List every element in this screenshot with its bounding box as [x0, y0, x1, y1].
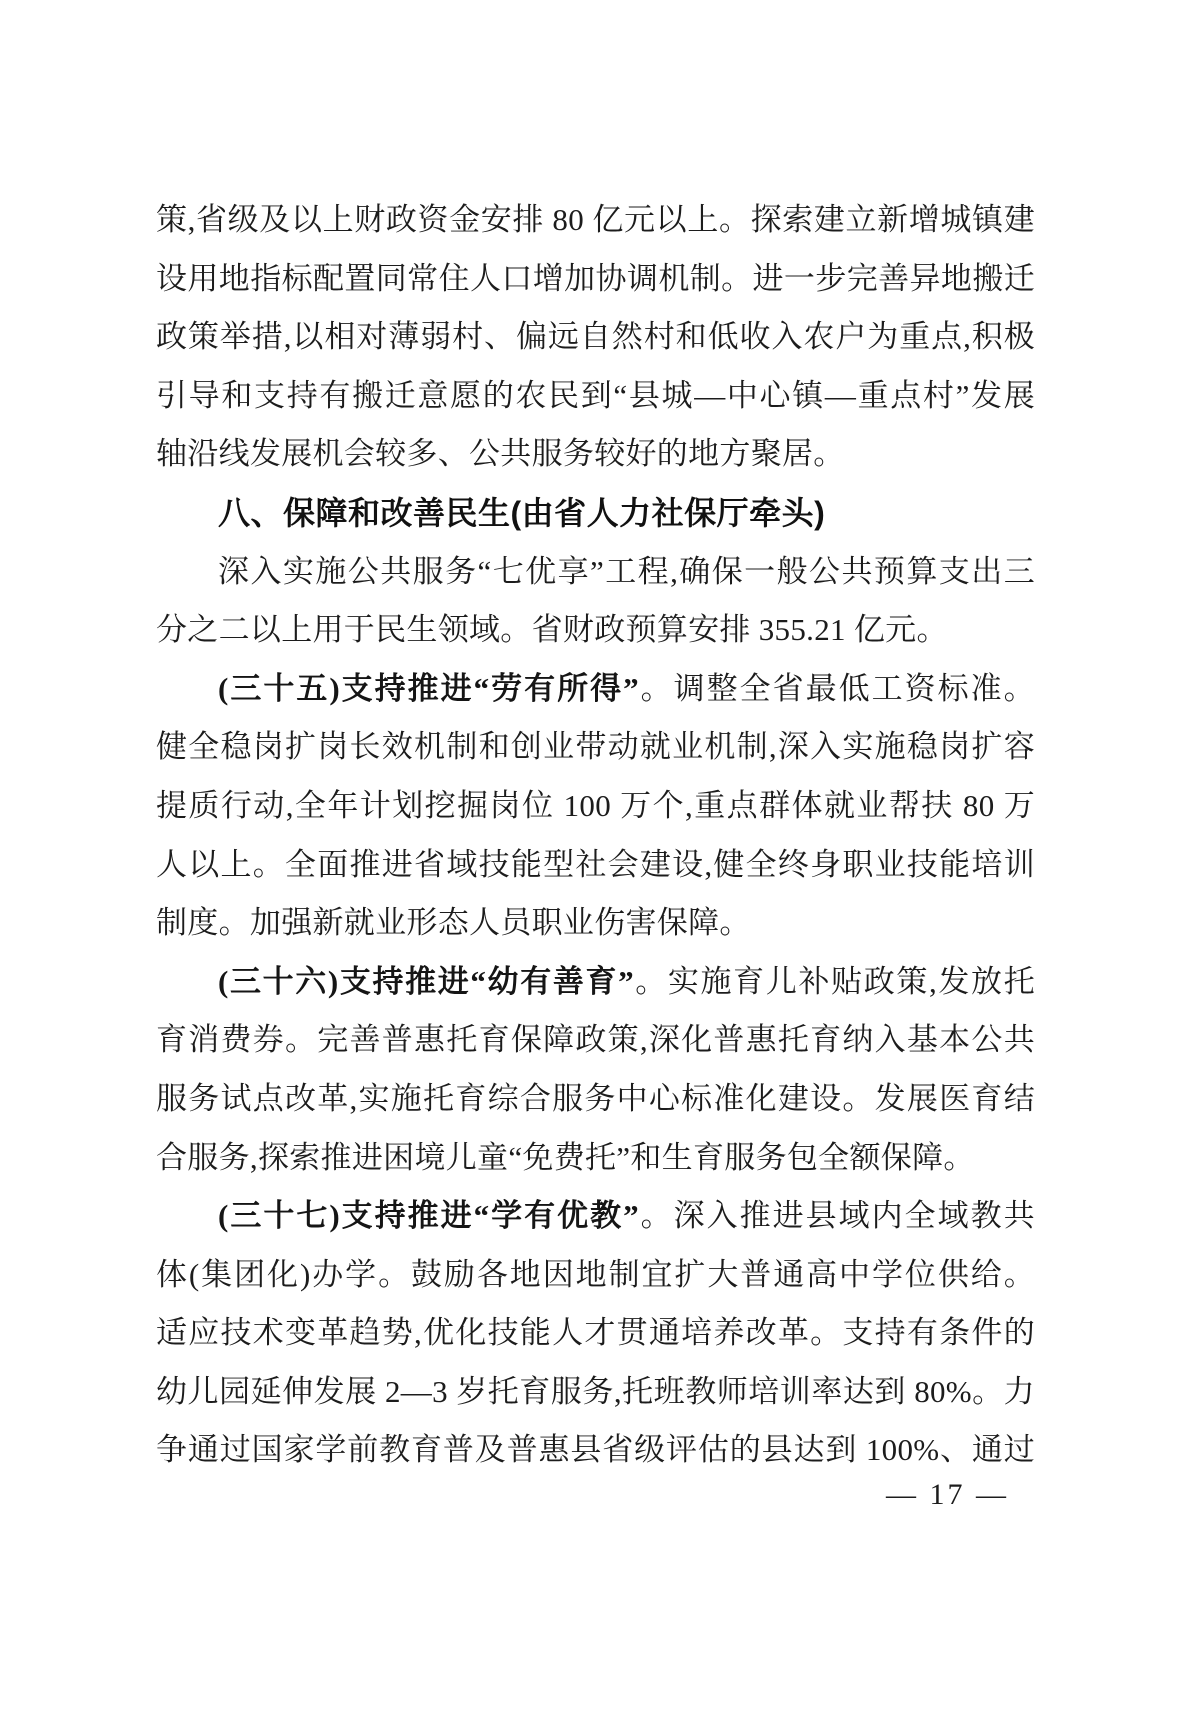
- text-segment: 适应技术变革趋势,优化技能人才贯通培养改革。支持有条件的: [156, 1315, 1035, 1350]
- text-line: (三十七)支持推进“学有优教”。深入推进县域内全域教共: [156, 1187, 1035, 1246]
- text-segment: 合服务,探索推进困境儿童“免费托”和生育服务包全额保障。: [156, 1140, 975, 1175]
- text-line: 体(集团化)办学。鼓励各地因地制宜扩大普通高中学位供给。: [156, 1246, 1035, 1305]
- text-segment: 幼儿园延伸发展 2—3 岁托育服务,托班教师培训率达到 80%。力: [156, 1374, 1035, 1409]
- page-number-text: — 17 —: [886, 1478, 1009, 1511]
- text-segment: 体(集团化)办学。鼓励各地因地制宜扩大普通高中学位供给。: [156, 1257, 1035, 1292]
- text-line: 提质行动,全年计划挖掘岗位 100 万个,重点群体就业帮扶 80 万: [156, 777, 1035, 836]
- text-segment: 。实施育儿补贴政策,发放托: [634, 964, 1035, 999]
- text-line: 深入实施公共服务“七优享”工程,确保一般公共预算支出三: [156, 543, 1035, 602]
- text-line: 适应技术变革趋势,优化技能人才贯通培养改革。支持有条件的: [156, 1304, 1035, 1363]
- text-segment: 人以上。全面推进省域技能型社会建设,健全终身职业技能培训: [156, 847, 1035, 882]
- text-line: 幼儿园延伸发展 2—3 岁托育服务,托班教师培训率达到 80%。力: [156, 1363, 1035, 1422]
- text-segment: 策,省级及以上财政资金安排 80 亿元以上。探索建立新增城镇建: [156, 202, 1035, 237]
- text-segment: 轴沿线发展机会较多、公共服务较好的地方聚居。: [156, 436, 845, 471]
- text-line: 制度。加强新就业形态人员职业伤害保障。: [156, 894, 1035, 953]
- text-segment: 制度。加强新就业形态人员职业伤害保障。: [156, 905, 751, 940]
- text-segment: 分之二以上用于民生领域。省财政预算安排 355.21 亿元。: [156, 612, 948, 647]
- text-line: 争通过国家学前教育普及普惠县省级评估的县达到 100%、通过: [156, 1421, 1035, 1480]
- text-line: 分之二以上用于民生领域。省财政预算安排 355.21 亿元。: [156, 601, 1035, 660]
- text-segment: 健全稳岗扩岗长效机制和创业带动就业机制,深入实施稳岗扩容: [156, 729, 1035, 764]
- text-segment: 。调整全省最低工资标准。: [639, 671, 1035, 706]
- item-lead: (三十六)支持推进“幼有善育”: [218, 964, 634, 999]
- text-segment: 八、保障和改善民生(由省人力社保厅牵头): [218, 495, 825, 531]
- item-lead: (三十七)支持推进“学有优教”: [218, 1198, 639, 1233]
- text-segment: 引导和支持有搬迁意愿的农民到“县城—中心镇—重点村”发展: [156, 378, 1035, 413]
- text-line: 设用地指标配置同常住人口增加协调机制。进一步完善异地搬迁: [156, 250, 1035, 309]
- item-lead: (三十五)支持推进“劳有所得”: [218, 671, 639, 706]
- text-segment: 政策举措,以相对薄弱村、偏远自然村和低收入农户为重点,积极: [156, 319, 1035, 354]
- text-segment: 提质行动,全年计划挖掘岗位 100 万个,重点群体就业帮扶 80 万: [156, 788, 1035, 823]
- text-line: 引导和支持有搬迁意愿的农民到“县城—中心镇—重点村”发展: [156, 367, 1035, 426]
- text-segment: 。深入推进县域内全域教共: [639, 1198, 1035, 1233]
- text-line: 轴沿线发展机会较多、公共服务较好的地方聚居。: [156, 425, 1035, 484]
- text-line: 健全稳岗扩岗长效机制和创业带动就业机制,深入实施稳岗扩容: [156, 718, 1035, 777]
- section-heading: 八、保障和改善民生(由省人力社保厅牵头): [156, 484, 1035, 543]
- text-segment: 服务试点改革,实施托育综合服务中心标准化建设。发展医育结: [156, 1081, 1035, 1116]
- document-body: 策,省级及以上财政资金安排 80 亿元以上。探索建立新增城镇建设用地指标配置同常…: [156, 191, 1035, 1480]
- text-segment: 争通过国家学前教育普及普惠县省级评估的县达到 100%、通过: [156, 1432, 1035, 1467]
- text-line: (三十六)支持推进“幼有善育”。实施育儿补贴政策,发放托: [156, 953, 1035, 1012]
- text-line: 人以上。全面推进省域技能型社会建设,健全终身职业技能培训: [156, 836, 1035, 895]
- text-line: 育消费券。完善普惠托育保障政策,深化普惠托育纳入基本公共: [156, 1011, 1035, 1070]
- text-line: (三十五)支持推进“劳有所得”。调整全省最低工资标准。: [156, 660, 1035, 719]
- text-segment: 深入实施公共服务“七优享”工程,确保一般公共预算支出三: [218, 554, 1035, 589]
- text-line: 服务试点改革,实施托育综合服务中心标准化建设。发展医育结: [156, 1070, 1035, 1129]
- text-line: 策,省级及以上财政资金安排 80 亿元以上。探索建立新增城镇建: [156, 191, 1035, 250]
- page-number: — 17 —: [886, 1477, 1009, 1513]
- text-line: 合服务,探索推进困境儿童“免费托”和生育服务包全额保障。: [156, 1129, 1035, 1188]
- document-page: 策,省级及以上财政资金安排 80 亿元以上。探索建立新增城镇建设用地指标配置同常…: [0, 0, 1191, 1730]
- text-line: 政策举措,以相对薄弱村、偏远自然村和低收入农户为重点,积极: [156, 308, 1035, 367]
- text-segment: 育消费券。完善普惠托育保障政策,深化普惠托育纳入基本公共: [156, 1022, 1035, 1057]
- text-segment: 设用地指标配置同常住人口增加协调机制。进一步完善异地搬迁: [156, 261, 1035, 296]
